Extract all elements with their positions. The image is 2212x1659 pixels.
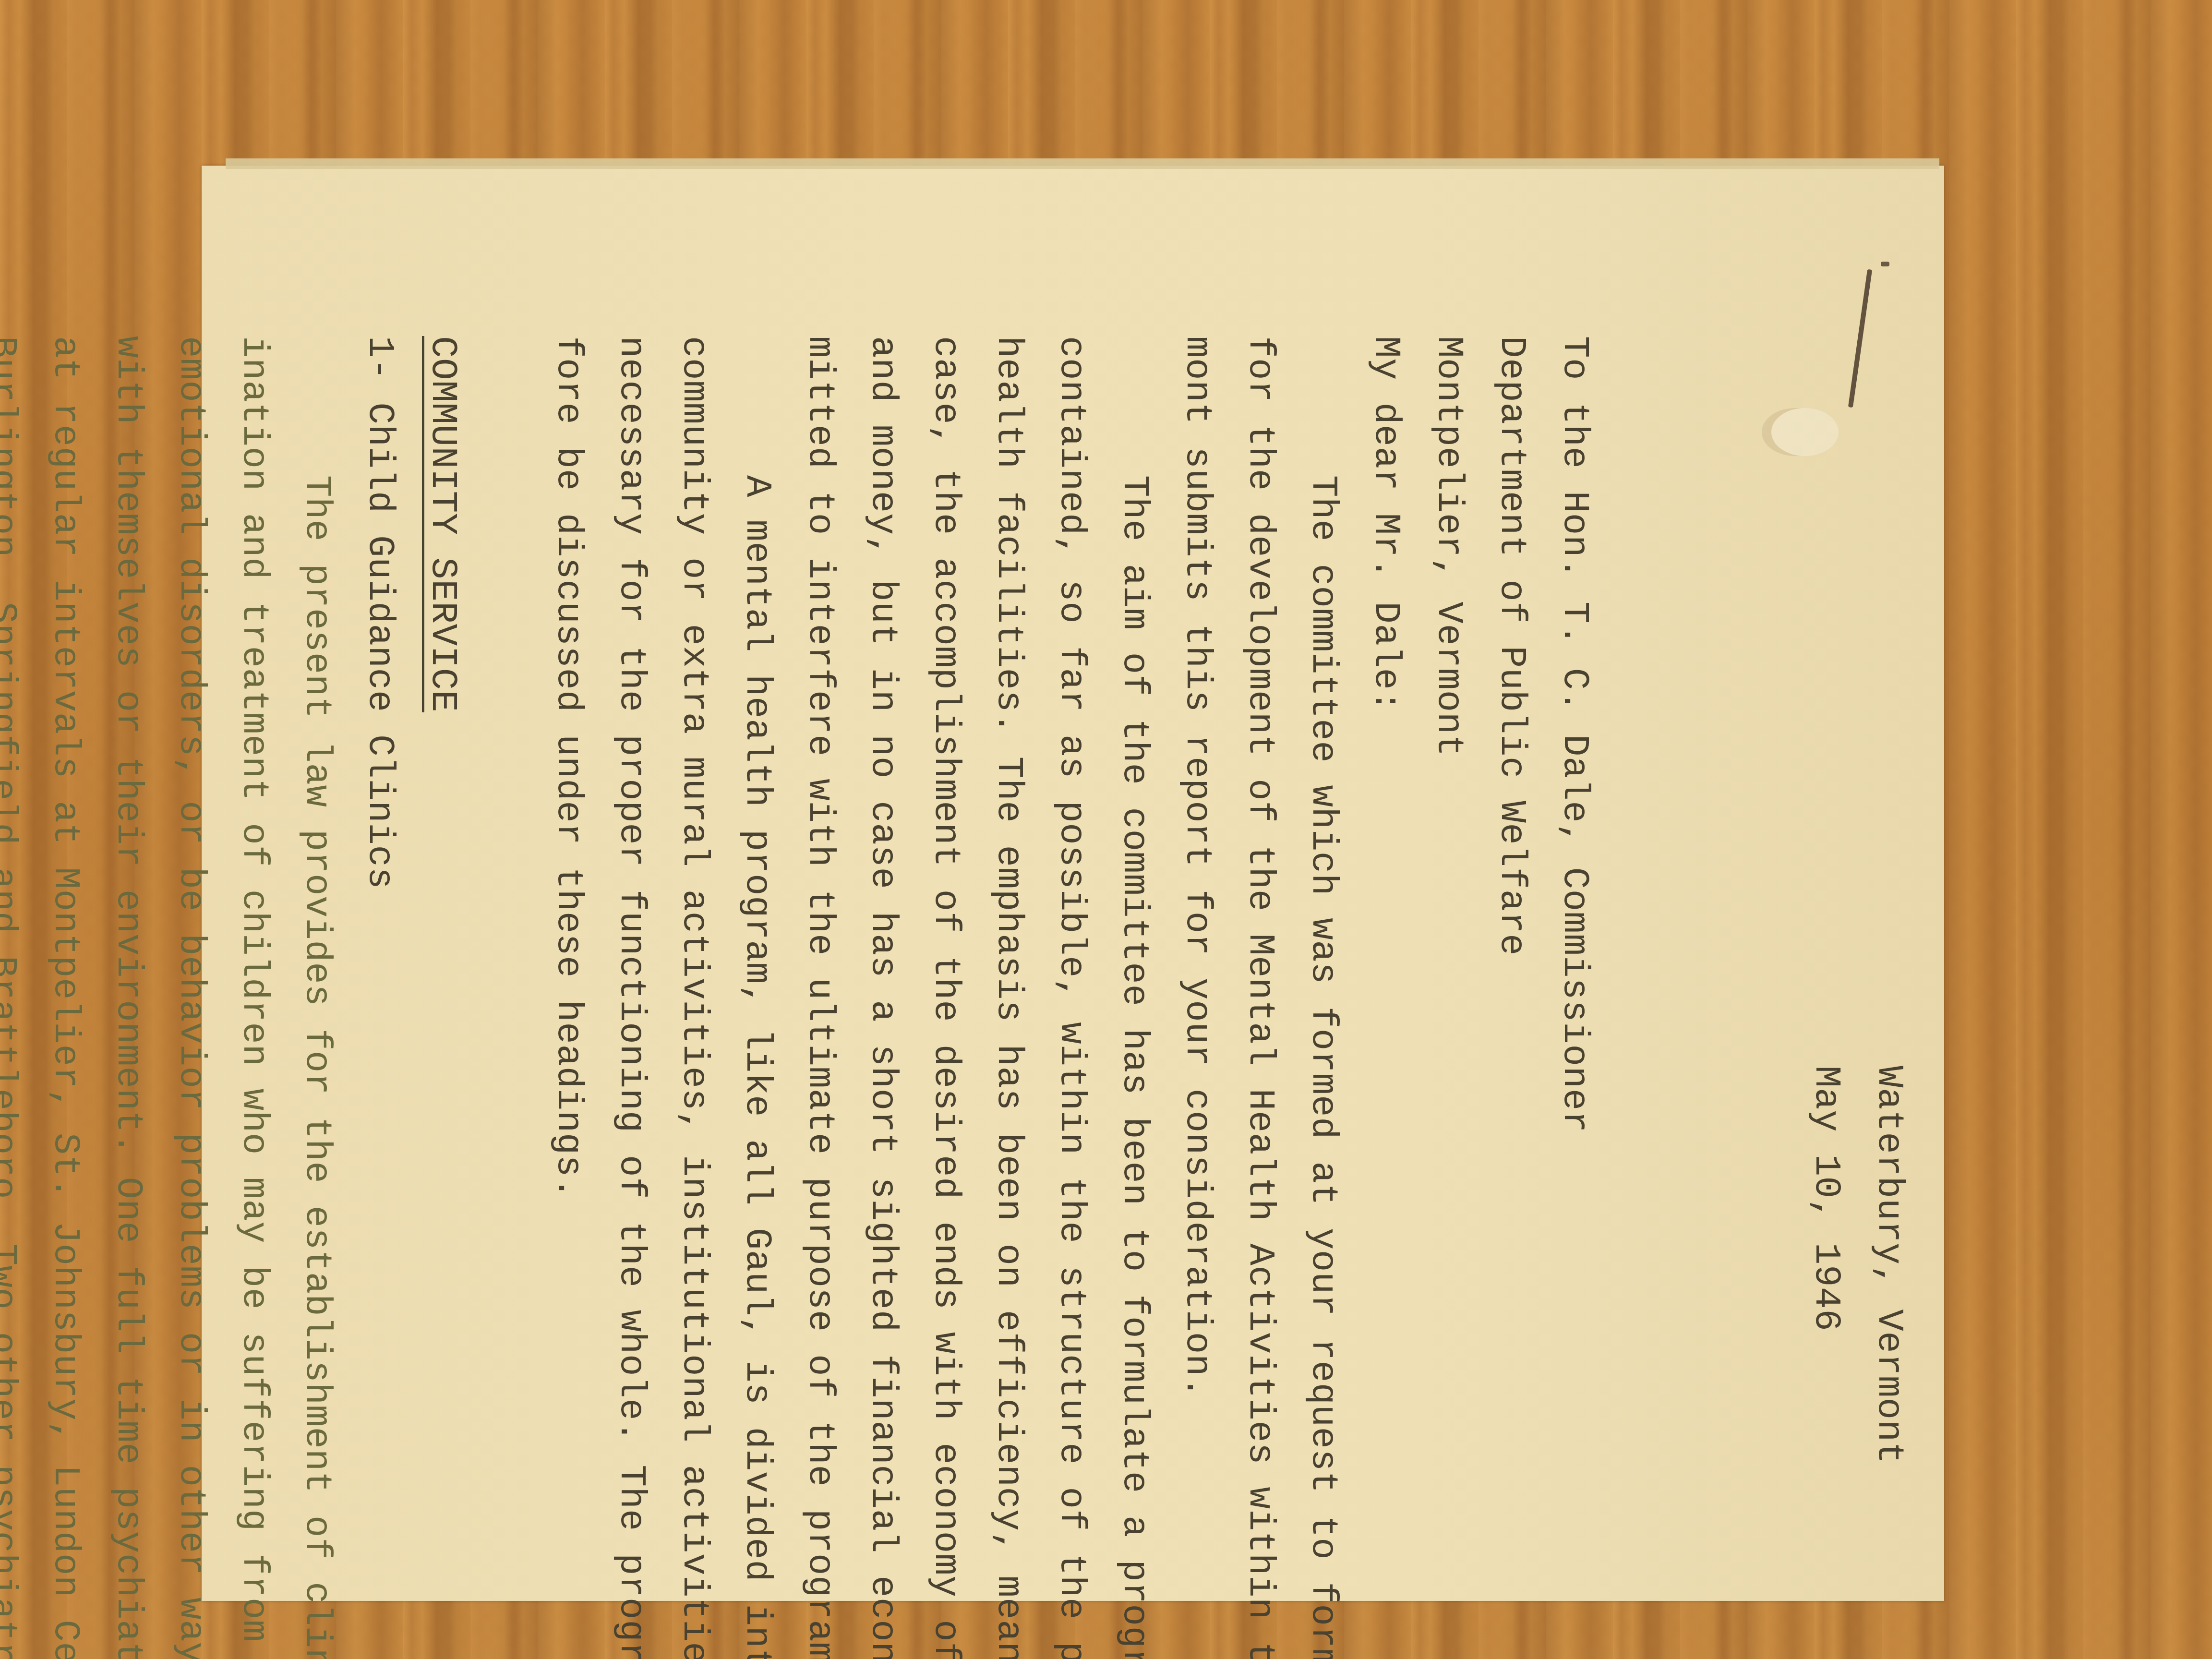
address-line: Montpelier, Vermont bbox=[1417, 336, 1480, 1440]
text-line: mont submits this report for your consid… bbox=[1166, 336, 1228, 1440]
letter-date: May 10, 1946 bbox=[1794, 336, 1857, 1440]
text-line: community or extra mural activities, ins… bbox=[662, 336, 725, 1440]
letter-place: Waterbury, Vermont bbox=[1857, 336, 1920, 1440]
text-line: The present law provides for the establi… bbox=[285, 336, 348, 1440]
text-line: Burlington, Springfield and Brattleboro.… bbox=[0, 336, 34, 1440]
underlying-sheet-edge bbox=[226, 158, 1939, 169]
typed-letter: Waterbury, Vermont May 10, 1946 To the H… bbox=[221, 336, 1920, 1440]
text-line: mitted to interfere with the ultimate pu… bbox=[788, 336, 851, 1440]
pen-dot-icon bbox=[1881, 262, 1889, 266]
text-line: and money, but in no case has a short si… bbox=[851, 336, 914, 1440]
text-line: fore be discussed under these headings. bbox=[537, 336, 600, 1440]
paragraph-child-guidance: The present law provides for the establi… bbox=[0, 336, 348, 1440]
subsection-heading: 1- Child Guidance Clinics bbox=[348, 336, 411, 1440]
text-line: at regular intervals at Montpelier, St. … bbox=[34, 336, 96, 1440]
text-line: case, the accomplishment of the desired … bbox=[914, 336, 977, 1440]
paragraph-aim: The aim of the committee has been to for… bbox=[788, 336, 1166, 1440]
paragraph-intro: The committee which was formed at your r… bbox=[1166, 336, 1354, 1440]
text-line: The aim of the committee has been to for… bbox=[1103, 336, 1166, 1440]
address-line: Department of Public Welfare bbox=[1480, 336, 1543, 1440]
text-line: for the development of the Mental Health… bbox=[1228, 336, 1291, 1440]
text-line: necessary for the proper functioning of … bbox=[600, 336, 662, 1440]
salutation: My dear Mr. Dale: bbox=[1354, 336, 1417, 1440]
paragraph-three-parts: A mental health program, like all Gaul, … bbox=[537, 336, 788, 1440]
text-line: health facilities. The emphasis has been… bbox=[977, 336, 1040, 1440]
section-heading: COMMUNITY SERVICE bbox=[411, 336, 474, 1440]
text-line: ination and treatment of children who ma… bbox=[222, 336, 285, 1440]
text-line: with themselves or their environment. On… bbox=[96, 336, 159, 1440]
text-line: contained, so far as possible, within th… bbox=[1040, 336, 1103, 1440]
text-line: emotional disorders, or be behavior prob… bbox=[159, 336, 222, 1440]
address-line: To the Hon. T. C. Dale, Commissioner bbox=[1543, 336, 1606, 1440]
text-line: The committee which was formed at your r… bbox=[1291, 336, 1354, 1440]
text-line: A mental health program, like all Gaul, … bbox=[725, 336, 788, 1440]
